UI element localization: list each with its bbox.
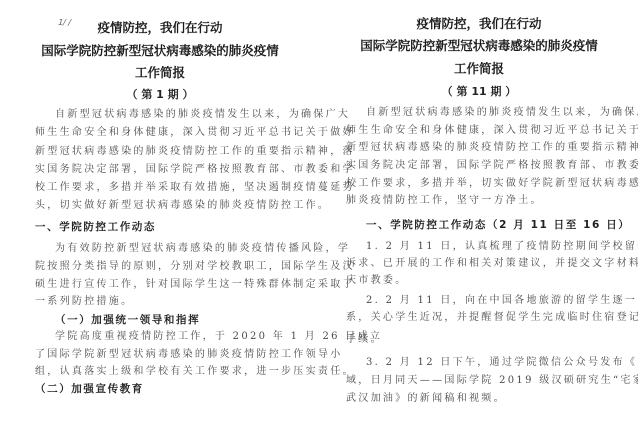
item-line: 1. 2 月 11 日，认真梳理了疫情防控期间学校留学生的: [366, 242, 638, 252]
title-line-2: 国际学院防控新型冠状病毒感染的肺炎疫情: [320, 40, 638, 53]
document-page-issue-11: 疫情防控，我们在行动 国际学院防控新型冠状病毒感染的肺炎疫情 工作简报 （ 第 …: [320, 0, 638, 437]
issue-number: （ 第 1 期 ）: [0, 89, 320, 100]
section-line: 一系列防控措施。: [35, 297, 133, 307]
intro-line: 新型冠状病毒感染的肺炎疫情防控工作的重要指示精神，落: [35, 147, 355, 157]
intro-line: 实国务院决定部署，国际学院严格按照教育部、市教委和学: [35, 165, 355, 175]
item-line: 庆市教委。: [346, 276, 408, 286]
item-line: 域，日月同天——国际学院 2019 级汉硕研究生“宅家”为: [346, 376, 638, 386]
title-line-3: 工作简报: [320, 63, 638, 76]
subsection-heading: （一）加强统一领导和指挥: [55, 315, 200, 326]
subsection-line: 组，认真落实上级和学校有关工作要求，进一步压实责任。: [35, 367, 355, 377]
title-line-3: 工作简报: [0, 67, 320, 80]
title-line-1: 疫情防控，我们在行动: [0, 22, 320, 35]
intro-line: 头，切实做好新型冠状病毒感染的肺炎疫情防控工作。: [35, 201, 330, 211]
item-line: 2. 2 月 11 日，向在中国各地旅游的留学生逐一电话联: [366, 296, 638, 306]
intro-line: 自新型冠状病毒感染的肺炎疫情发生以来，为确保广大: [366, 108, 638, 118]
item-line: 手续。: [346, 335, 383, 345]
intro-line: 师生生命安全和身体健康，深入贯彻习近平总书记关于做好: [346, 126, 638, 136]
item-line: 系，关心学生近况，并提醒督促学生完成临时住宿登记相关: [346, 313, 638, 323]
section-line: 为有效防控新型冠状病毒感染的肺炎疫情传播风险，学: [55, 244, 350, 254]
section-heading: 一、学院防控工作动态（2 月 11 日至 16 日）: [366, 220, 630, 231]
intro-line: 校工作要求，多措并举，切实做好学院新型冠状病毒感染的: [346, 179, 638, 189]
issue-number: （ 第 11 期 ）: [320, 86, 638, 97]
intro-line: 新型冠状病毒感染的肺炎疫情防控工作的重要指示精神，落: [346, 143, 638, 153]
document-page-issue-1: 1/ / 疫情防控，我们在行动 国际学院防控新型冠状病毒感染的肺炎疫情 工作简报…: [0, 0, 320, 437]
subsection-line: 了国际学院新型冠状病毒感染的肺炎疫情防控工作领导小: [35, 350, 343, 360]
item-line: 3. 2 月 12 日下午，通过学院微信公众号发布《山川异: [366, 358, 638, 368]
intro-line: 肺炎疫情防控工作，坚守一方净土。: [346, 196, 543, 206]
subsection-heading: （二）加强宣传教育: [35, 384, 144, 395]
section-line: 硕生进行宣传工作，针对国际学生这一特殊群体制定采取了: [35, 280, 355, 290]
title-line-2: 国际学院防控新型冠状病毒感染的肺炎疫情: [0, 45, 320, 58]
intro-line: 实国务院决定部署，国际学院严格按照教育部、市教委和学: [346, 161, 638, 171]
item-line: 诉求、已开展的工作和相关对策建议，并提交文字材料至重: [346, 259, 638, 269]
section-heading: 一、学院防控工作动态: [35, 222, 156, 233]
section-line: 院按照分类指导的原则，分别对学校教职工，国际学生及汉: [35, 262, 355, 272]
intro-line: 师生生命安全和身体健康，深入贯彻习近平总书记关于做好: [35, 128, 355, 138]
intro-line: 自新型冠状病毒感染的肺炎疫情发生以来，为确保广大: [55, 110, 350, 120]
item-line: 武汉加油》的新闻稿和视频。: [346, 394, 506, 404]
title-line-1: 疫情防控，我们在行动: [320, 18, 638, 31]
intro-line: 校工作要求，多措并举采取有效措施，坚决遏制疫情蔓延势: [35, 183, 355, 193]
